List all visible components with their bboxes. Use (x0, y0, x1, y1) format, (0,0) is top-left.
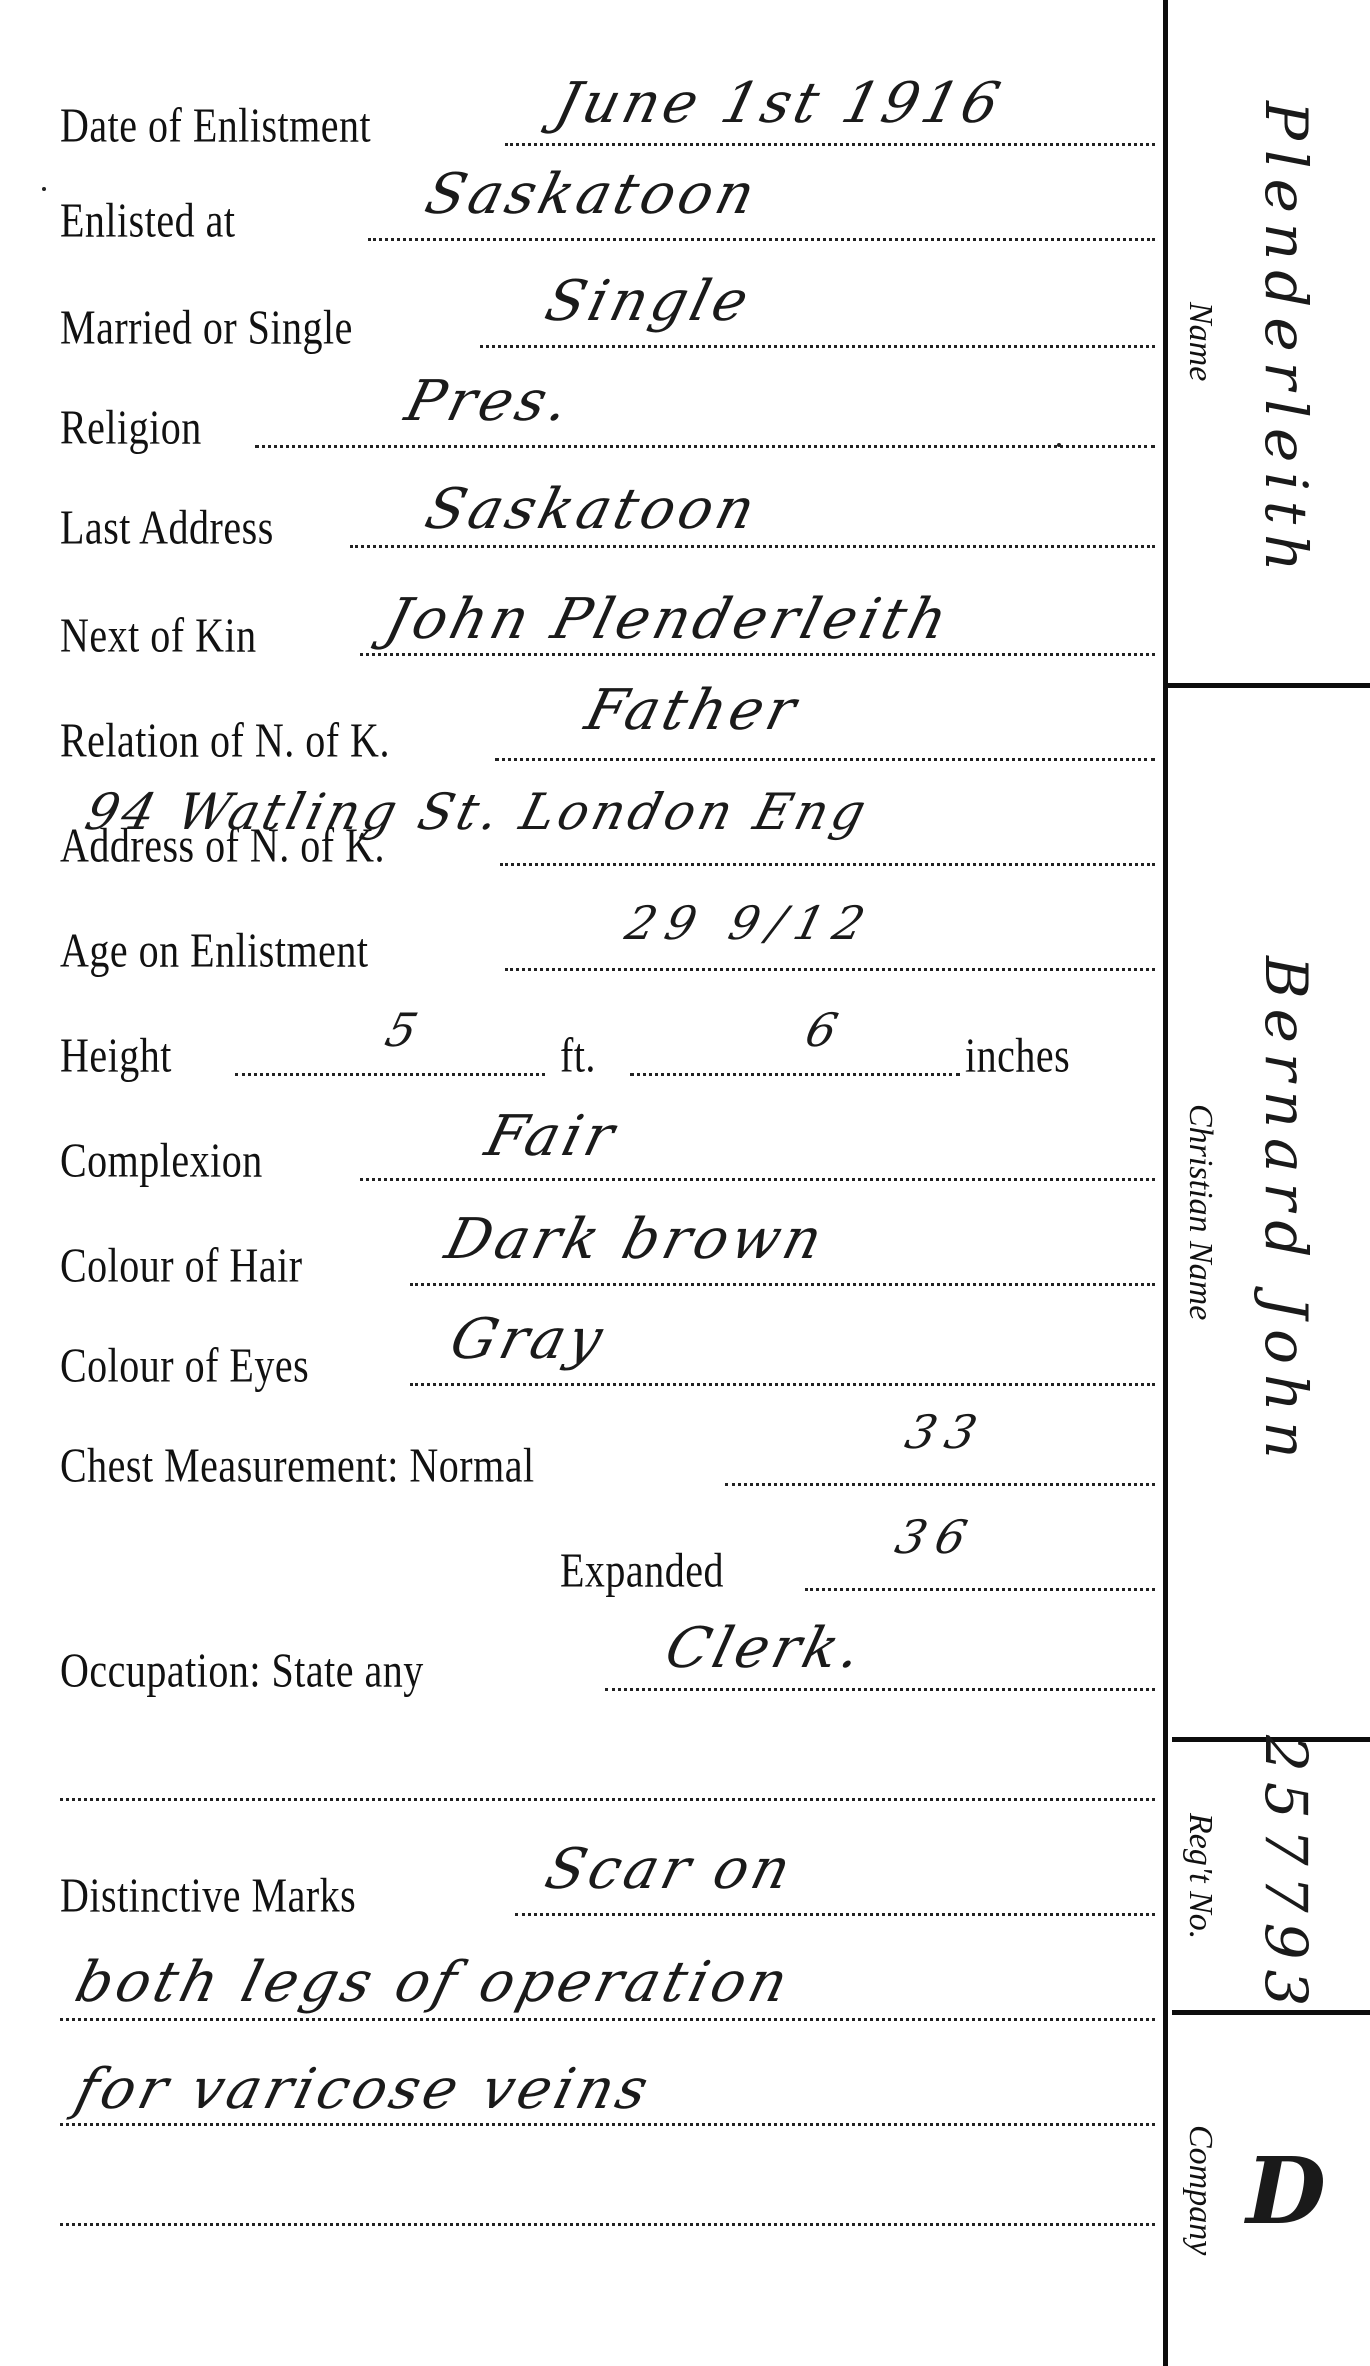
field-next-of-kin: Next of Kin John Plenderleith (60, 570, 1160, 660)
field-distinctive-marks-line-4 (60, 2140, 1160, 2230)
field-value: Saskatoon (420, 482, 764, 538)
field-relation-of-nok: Relation of N. of K. Father (60, 675, 1160, 765)
fill-line (515, 1913, 1155, 1916)
field-value-line-2: both legs of operation (70, 1955, 797, 2011)
field-height: Height 5 ft. 6 inches (60, 990, 1160, 1080)
field-colour-of-eyes: Colour of Eyes Gray (60, 1300, 1160, 1390)
field-label: Date of Enlistment (60, 101, 371, 150)
fill-line (60, 1798, 1155, 1801)
field-label: Height (60, 1031, 172, 1080)
field-value: Father (580, 683, 805, 739)
field-label: Colour of Hair (60, 1241, 303, 1290)
fill-line (60, 2123, 1155, 2126)
field-value: 33 (900, 1404, 993, 1460)
fill-line (60, 2018, 1155, 2021)
field-label: Chest Measurement: Normal (60, 1441, 535, 1490)
field-value: Dark brown (440, 1212, 831, 1268)
fill-line (605, 1688, 1155, 1691)
sidebar-regt-no-label: Reg't No. (1172, 1742, 1228, 2010)
field-value: Clerk. (660, 1621, 870, 1677)
field-distinctive-marks-line-3: for varicose veins (60, 2040, 1160, 2130)
field-label: Complexion (60, 1136, 263, 1185)
fill-line (410, 1383, 1155, 1386)
fill-line (500, 863, 1155, 866)
field-value: June 1st 1916 (550, 76, 1009, 132)
field-colour-of-hair: Colour of Hair Dark brown (60, 1200, 1160, 1290)
field-label: Colour of Eyes (60, 1341, 309, 1390)
scan-speck (1057, 443, 1061, 447)
sidebar-name-value: Plenderleith (1236, 0, 1336, 683)
fill-line (360, 1178, 1155, 1181)
field-label: Expanded (560, 1546, 724, 1595)
height-inches-value: 6 (800, 1002, 853, 1058)
field-label: Enlisted at (60, 196, 235, 245)
field-value: 29 9/12 (620, 895, 880, 951)
fill-line (495, 758, 1155, 761)
field-date-of-enlistment: Date of Enlistment June 1st 1916 (60, 60, 1160, 150)
fill-line (350, 545, 1155, 548)
fill-line (360, 653, 1155, 656)
field-label: Next of Kin (60, 611, 257, 660)
field-address-of-nok: Address of N. of K. 94 Watling St. Londo… (60, 780, 1160, 870)
field-occupation-continued (60, 1715, 1160, 1805)
field-religion: Religion Pres. (60, 362, 1160, 452)
fill-line (480, 345, 1155, 348)
fill-line (255, 445, 1155, 448)
field-complexion: Complexion Fair (60, 1095, 1160, 1185)
field-age-on-enlistment: Age on Enlistment 29 9/12 (60, 885, 1160, 975)
field-value-line-1: Scar on (540, 1842, 799, 1898)
inches-unit-label: inches (965, 1031, 1070, 1080)
attestation-card: Date of Enlistment June 1st 1916 Enliste… (0, 0, 1370, 2366)
field-label: Distinctive Marks (60, 1871, 356, 1920)
field-last-address: Last Address Saskatoon (60, 462, 1160, 552)
fill-line (505, 143, 1155, 146)
field-enlisted-at: Enlisted at Saskatoon (60, 155, 1160, 245)
field-label: Last Address (60, 503, 274, 552)
scan-speck (42, 187, 46, 191)
sidebar-christian-name-label: Christian Name (1172, 688, 1228, 1737)
fill-line (505, 968, 1155, 971)
field-value: John Plenderleith (380, 592, 956, 648)
fill-line-inches (630, 1073, 960, 1076)
field-chest-expanded: Expanded 36 (60, 1505, 1160, 1595)
field-occupation: Occupation: State any Clerk. (60, 1605, 1160, 1695)
feet-unit-label: ft. (560, 1031, 596, 1080)
field-distinctive-marks: Distinctive Marks Scar on (60, 1830, 1160, 1920)
fill-line (805, 1588, 1155, 1591)
sidebar-company-label: Company (1172, 2015, 1228, 2366)
field-label: Married or Single (60, 303, 353, 352)
field-distinctive-marks-line-2: both legs of operation (60, 1935, 1160, 2025)
field-value: 36 (890, 1509, 983, 1565)
field-value: Single (540, 274, 757, 330)
sidebar-name-label: Name (1172, 0, 1228, 683)
field-value-line-3: for varicose veins (70, 2062, 657, 2118)
field-label: Occupation: State any (60, 1646, 424, 1695)
height-feet-value: 5 (380, 1002, 433, 1058)
field-chest-normal: Chest Measurement: Normal 33 (60, 1400, 1160, 1490)
field-value: 94 Watling St. London Eng (80, 784, 875, 840)
sidebar-divider (1163, 0, 1168, 2366)
sidebar-christian-name-value: Bernard John (1236, 688, 1336, 1737)
field-married-or-single: Married or Single Single (60, 262, 1160, 352)
field-value: Saskatoon (420, 167, 764, 223)
sidebar-company-value: D (1236, 2015, 1336, 2366)
field-label: Age on Enlistment (60, 926, 368, 975)
field-label: Relation of N. of K. (60, 716, 390, 765)
fill-line (60, 2223, 1155, 2226)
field-value: Fair (480, 1109, 623, 1165)
sidebar-regt-no-value: 257793 (1236, 1742, 1336, 2010)
fill-line (410, 1283, 1155, 1286)
fill-line (725, 1483, 1155, 1486)
field-label: Religion (60, 403, 202, 452)
field-value: Gray (445, 1312, 611, 1368)
fill-line (368, 238, 1155, 241)
field-value: Pres. (400, 374, 578, 430)
fill-line-feet (235, 1073, 545, 1076)
